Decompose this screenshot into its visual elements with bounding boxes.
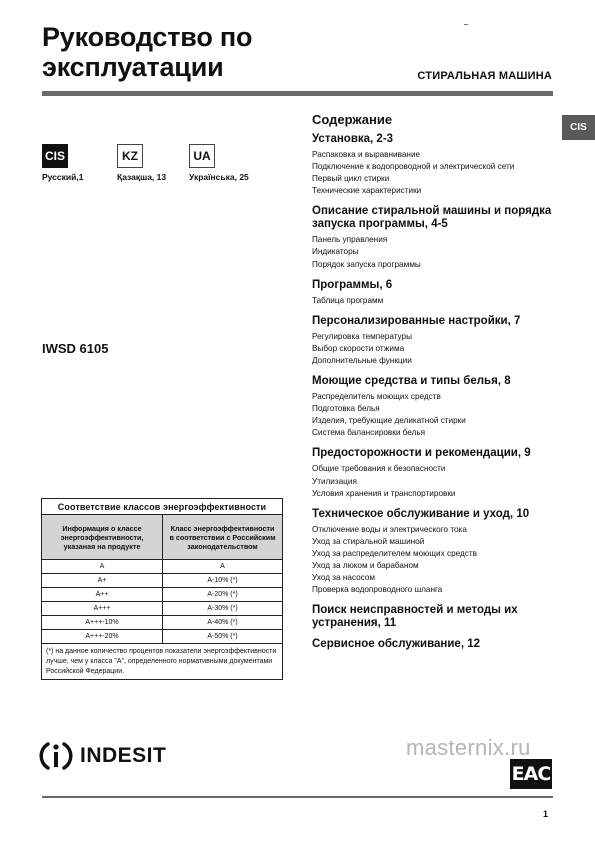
toc-section: Техническое обслуживание и уход, 10Отклю… bbox=[312, 508, 562, 597]
toc-item[interactable]: Уход за стиральной машиной bbox=[312, 536, 562, 548]
title-line-2: эксплуатации bbox=[42, 52, 252, 82]
language-side-tab[interactable]: CIS bbox=[562, 115, 595, 140]
table-row: A+++-10%A-40% (*) bbox=[42, 616, 282, 630]
toc-sections: Установка, 2-3Распаковка и выравниваниеП… bbox=[312, 133, 562, 651]
toc-item[interactable]: Отключение воды и электрического тока bbox=[312, 524, 562, 536]
energy-class-table: Соответствие классов энергоэффективности… bbox=[41, 498, 283, 680]
lang-box-kz[interactable]: KZ bbox=[117, 144, 143, 168]
russian-class-cell: A-20% (*) bbox=[163, 588, 282, 601]
toc-section: Поиск неисправностей и методы их устране… bbox=[312, 604, 562, 630]
toc-item[interactable]: Распаковка и выравнивание bbox=[312, 149, 562, 161]
toc-section: Персонализированные настройки, 7Регулиро… bbox=[312, 315, 562, 367]
product-class-cell: A bbox=[42, 560, 163, 573]
document-title: Руководство по эксплуатации bbox=[42, 22, 252, 82]
russian-class-cell: A-10% (*) bbox=[163, 574, 282, 587]
column-header-russian-class: Класс энергоэффективности в соответствии… bbox=[163, 515, 282, 559]
toc-section-title[interactable]: Сервисное обслуживание, 12 bbox=[312, 638, 562, 651]
toc-section-title[interactable]: Программы, 6 bbox=[312, 279, 562, 292]
model-number: IWSD 6105 bbox=[42, 341, 108, 356]
russian-class-cell: A-40% (*) bbox=[163, 616, 282, 629]
toc-item[interactable]: Дополнительные функции bbox=[312, 355, 562, 367]
toc-item[interactable]: Проверка водопроводного шланга bbox=[312, 584, 562, 596]
toc-item[interactable]: Регулировка температуры bbox=[312, 331, 562, 343]
brand-logo: INDESIT bbox=[38, 738, 166, 774]
toc-item[interactable]: Первый цикл стирки bbox=[312, 173, 562, 185]
table-row: A++A-20% (*) bbox=[42, 588, 282, 602]
product-class-cell: A+++-10% bbox=[42, 616, 163, 629]
toc-section: Сервисное обслуживание, 12 bbox=[312, 638, 562, 651]
table-row: A+A-10% (*) bbox=[42, 574, 282, 588]
toc-item[interactable]: Индикаторы bbox=[312, 246, 562, 258]
toc-item[interactable]: Общие требования к безопасности bbox=[312, 463, 562, 475]
toc-item[interactable]: Выбор скорости отжима bbox=[312, 343, 562, 355]
table-row: AA bbox=[42, 560, 282, 574]
russian-class-cell: A-30% (*) bbox=[163, 602, 282, 615]
indesit-i-logo-icon bbox=[38, 738, 74, 774]
table-body: AAA+A-10% (*)A++A-20% (*)A+++A-30% (*)A+… bbox=[42, 560, 282, 644]
russian-class-cell: A bbox=[163, 560, 282, 573]
toc-item[interactable]: Условия хранения и транспортировки bbox=[312, 488, 562, 500]
product-type: СТИРАЛЬНАЯ МАШИНА bbox=[417, 70, 552, 82]
toc-item[interactable]: Уход за люком и барабаном bbox=[312, 560, 562, 572]
toc-item[interactable]: Утилизация bbox=[312, 476, 562, 488]
toc-section-title[interactable]: Описание стиральной машины и порядка зап… bbox=[312, 205, 562, 231]
toc-item[interactable]: Распределитель моющих средств bbox=[312, 391, 562, 403]
table-title: Соответствие классов энергоэффективности bbox=[42, 499, 282, 515]
table-footnote: (*) на данное количество процентов показ… bbox=[42, 644, 282, 679]
toc-section-title[interactable]: Персонализированные настройки, 7 bbox=[312, 315, 562, 328]
lang-box-ua[interactable]: UA bbox=[189, 144, 215, 168]
toc-section-title[interactable]: Установка, 2-3 bbox=[312, 133, 562, 146]
product-class-cell: A+ bbox=[42, 574, 163, 587]
toc-section: Программы, 6Таблица программ bbox=[312, 279, 562, 307]
brand-name: INDESIT bbox=[80, 744, 166, 768]
toc-section-title[interactable]: Поиск неисправностей и методы их устране… bbox=[312, 604, 562, 630]
product-class-cell: A++ bbox=[42, 588, 163, 601]
table-of-contents: Содержание Установка, 2-3Распаковка и вы… bbox=[312, 112, 562, 659]
toc-item[interactable]: Уход за насосом bbox=[312, 572, 562, 584]
toc-item[interactable]: Подключение к водопроводной и электричес… bbox=[312, 161, 562, 173]
column-header-product-class: Информация о классе энергоэффективности,… bbox=[42, 515, 163, 559]
table-row: A+++A-30% (*) bbox=[42, 602, 282, 616]
toc-section: Установка, 2-3Распаковка и выравниваниеП… bbox=[312, 133, 562, 197]
footer-divider bbox=[42, 796, 553, 798]
product-class-cell: A+++-20% bbox=[42, 630, 163, 643]
lang-label-ua[interactable]: Українська, 25 bbox=[189, 172, 249, 182]
lang-label-kz[interactable]: Қазақша, 13 bbox=[117, 172, 166, 182]
lang-box-cis[interactable]: CIS bbox=[42, 144, 68, 168]
toc-item[interactable]: Технические характеристики bbox=[312, 185, 562, 197]
header-divider bbox=[42, 91, 553, 96]
toc-item[interactable]: Подготовка белья bbox=[312, 403, 562, 415]
toc-section: Описание стиральной машины и порядка зап… bbox=[312, 205, 562, 270]
toc-section: Моющие средства и типы белья, 8Распредел… bbox=[312, 375, 562, 439]
lang-label-cis[interactable]: Русский,1 bbox=[42, 172, 83, 182]
toc-item[interactable]: Изделия, требующие деликатной стирки bbox=[312, 415, 562, 427]
toc-section-title[interactable]: Моющие средства и типы белья, 8 bbox=[312, 375, 562, 388]
page-number: 1 bbox=[543, 809, 548, 819]
product-class-cell: A+++ bbox=[42, 602, 163, 615]
toc-section-title[interactable]: Техническое обслуживание и уход, 10 bbox=[312, 508, 562, 521]
table-row: A+++-20%A-50% (*) bbox=[42, 630, 282, 644]
toc-section-title[interactable]: Предосторожности и рекомендации, 9 bbox=[312, 447, 562, 460]
toc-item[interactable]: Уход за распределителем моющих средств bbox=[312, 548, 562, 560]
toc-item[interactable]: Порядок запуска программы bbox=[312, 259, 562, 271]
toc-item[interactable]: Таблица программ bbox=[312, 295, 562, 307]
table-header-row: Информация о классе энергоэффективности,… bbox=[42, 515, 282, 560]
toc-item[interactable]: Система балансировки белья bbox=[312, 427, 562, 439]
eac-cert-mark-icon: EAC bbox=[510, 759, 552, 789]
scan-artifact bbox=[464, 24, 468, 25]
watermark: masternix.ru bbox=[406, 735, 531, 761]
toc-item[interactable]: Панель управления bbox=[312, 234, 562, 246]
title-line-1: Руководство по bbox=[42, 22, 252, 52]
toc-heading: Содержание bbox=[312, 112, 562, 127]
russian-class-cell: A-50% (*) bbox=[163, 630, 282, 643]
toc-section: Предосторожности и рекомендации, 9Общие … bbox=[312, 447, 562, 499]
